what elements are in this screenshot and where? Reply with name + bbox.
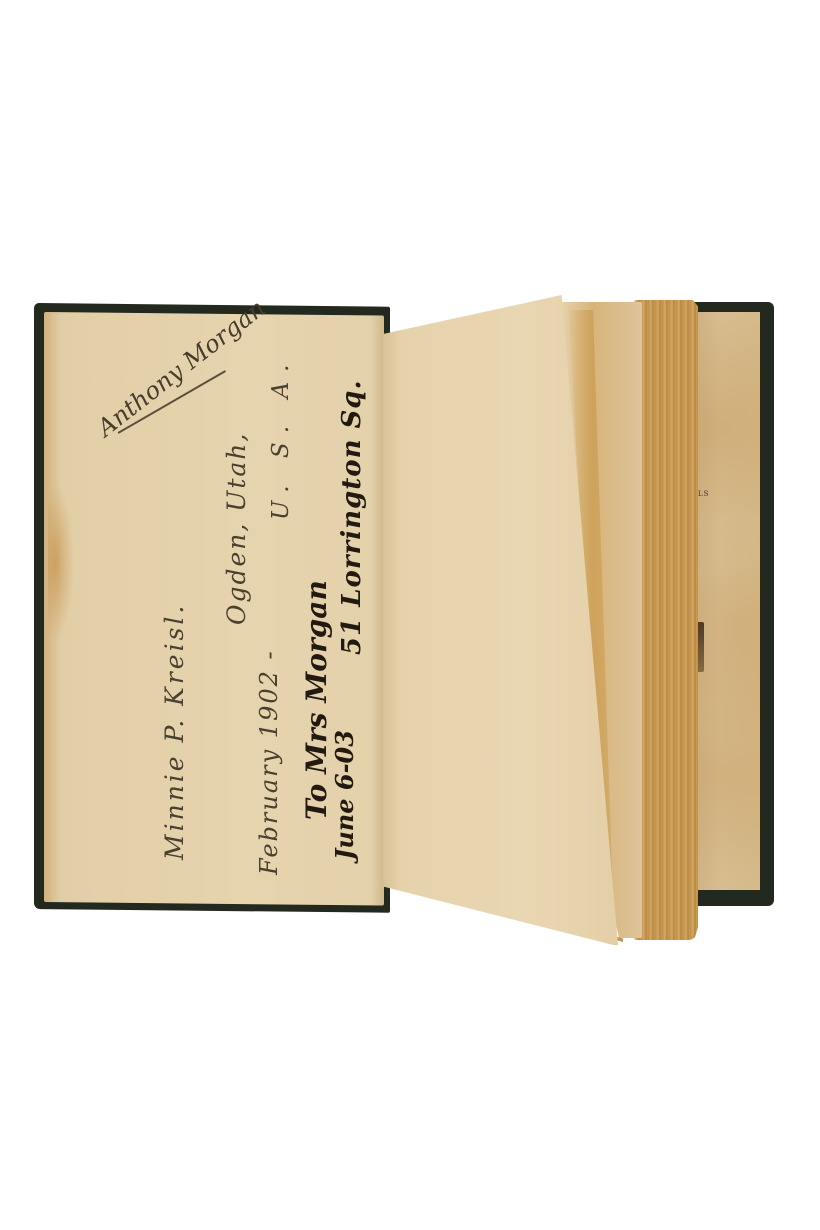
inscription-line-7: 51 Lorrington Sq. (337, 379, 367, 655)
water-stain (48, 482, 74, 642)
inscription-line-1: Minnie P. Kreisl. (160, 603, 189, 860)
printed-text-fragment: LS (698, 490, 709, 498)
inscription-line-2: Ogden, Utah, (222, 432, 251, 625)
book-photo: LS Anthony Morgan Minnie P. Kreisl. Ogde… (0, 0, 820, 1230)
back-facing-page: LS (694, 312, 760, 890)
bookmark-ribbon (697, 622, 704, 672)
foxing-stains (694, 312, 760, 890)
page-block-edges (634, 300, 698, 940)
inscription-line-6: June 6-03 (330, 730, 359, 860)
gutter-shadow (370, 315, 384, 905)
inscription-line-5: To Mrs Morgan (300, 580, 333, 820)
inscription-line-4: U. S. A. (268, 355, 294, 520)
inscription-line-3: February 1902 - (255, 649, 283, 875)
